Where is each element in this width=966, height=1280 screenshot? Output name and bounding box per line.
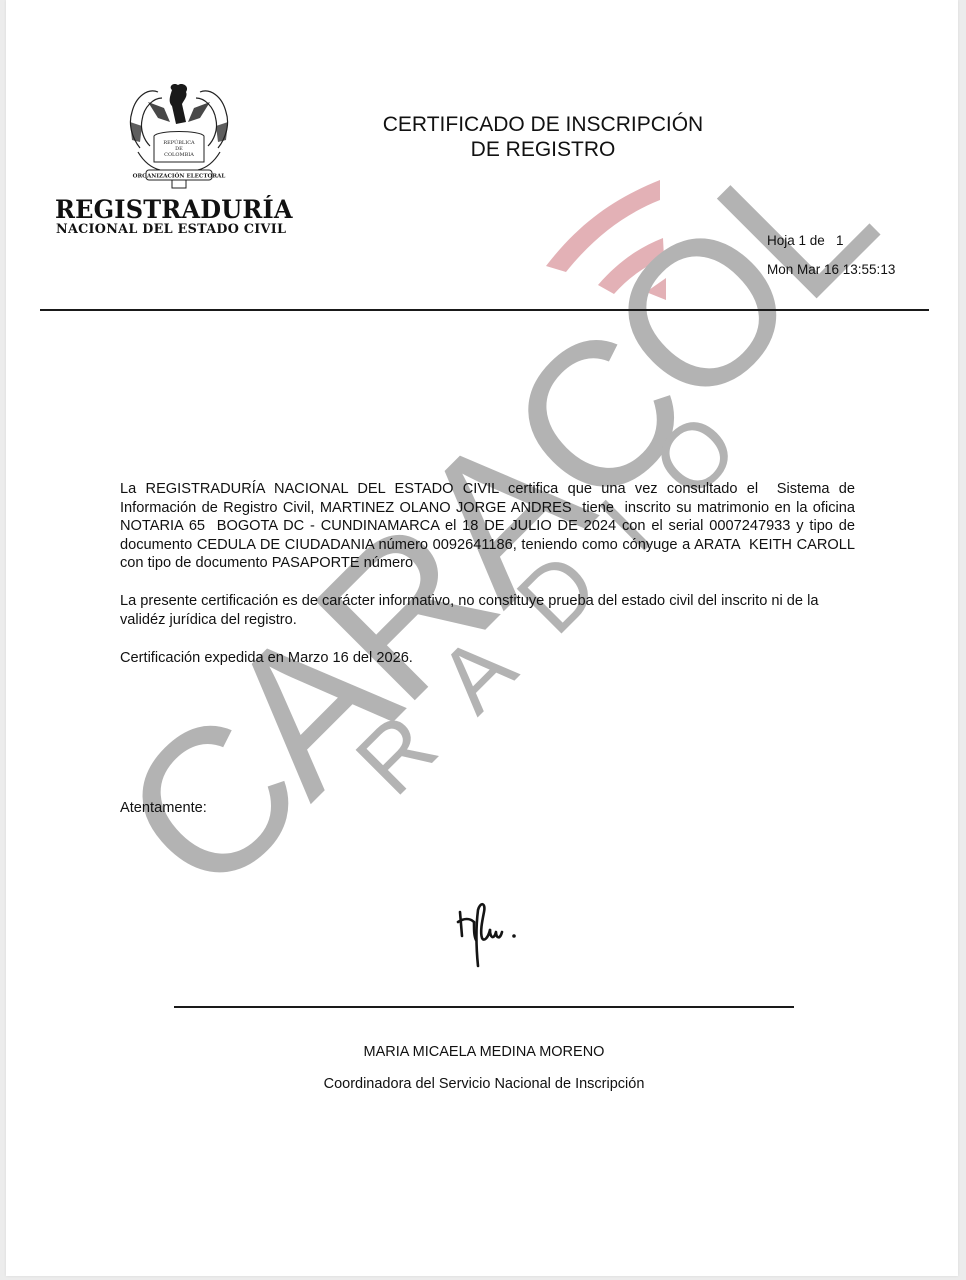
institution-subtitle: NACIONAL DEL ESTADO CIVIL	[56, 222, 286, 237]
page-number: Hoja 1 de 1	[767, 233, 844, 248]
issue-timestamp: Mon Mar 16 13:55:13	[767, 262, 895, 277]
signer-name: MARIA MICAELA MEDINA MORENO	[174, 1044, 794, 1060]
svg-text:REPÚBLICA: REPÚBLICA	[163, 138, 195, 146]
svg-text:COLOMBIA: COLOMBIA	[164, 152, 194, 158]
document-title: CERTIFICADO DE INSCRIPCIÓN DE REGISTRO	[340, 112, 746, 162]
disclaimer-paragraph: La presente certificación es de carácter…	[120, 592, 855, 629]
issue-date-paragraph: Certificación expedida en Marzo 16 del 2…	[120, 649, 855, 668]
handwritten-signature	[452, 896, 524, 970]
certification-paragraph: La REGISTRADURÍA NACIONAL DEL ESTADO CIV…	[120, 480, 855, 573]
header-divider	[40, 309, 929, 311]
signature-line	[174, 1006, 794, 1008]
colombia-coat-of-arms-logo: REPÚBLICA DE COLOMBIA ORGANIZACIÓN ELECT…	[118, 82, 240, 192]
closing-salutation: Atentamente:	[120, 799, 855, 818]
document-title-line-1: CERTIFICADO DE INSCRIPCIÓN	[340, 112, 746, 137]
svg-text:ORGANIZACIÓN ELECTORAL: ORGANIZACIÓN ELECTORAL	[133, 172, 226, 180]
signer-role: Coordinadora del Servicio Nacional de In…	[174, 1076, 794, 1092]
institution-name: REGISTRADURÍA	[55, 195, 293, 224]
document-title-line-2: DE REGISTRO	[340, 137, 746, 162]
